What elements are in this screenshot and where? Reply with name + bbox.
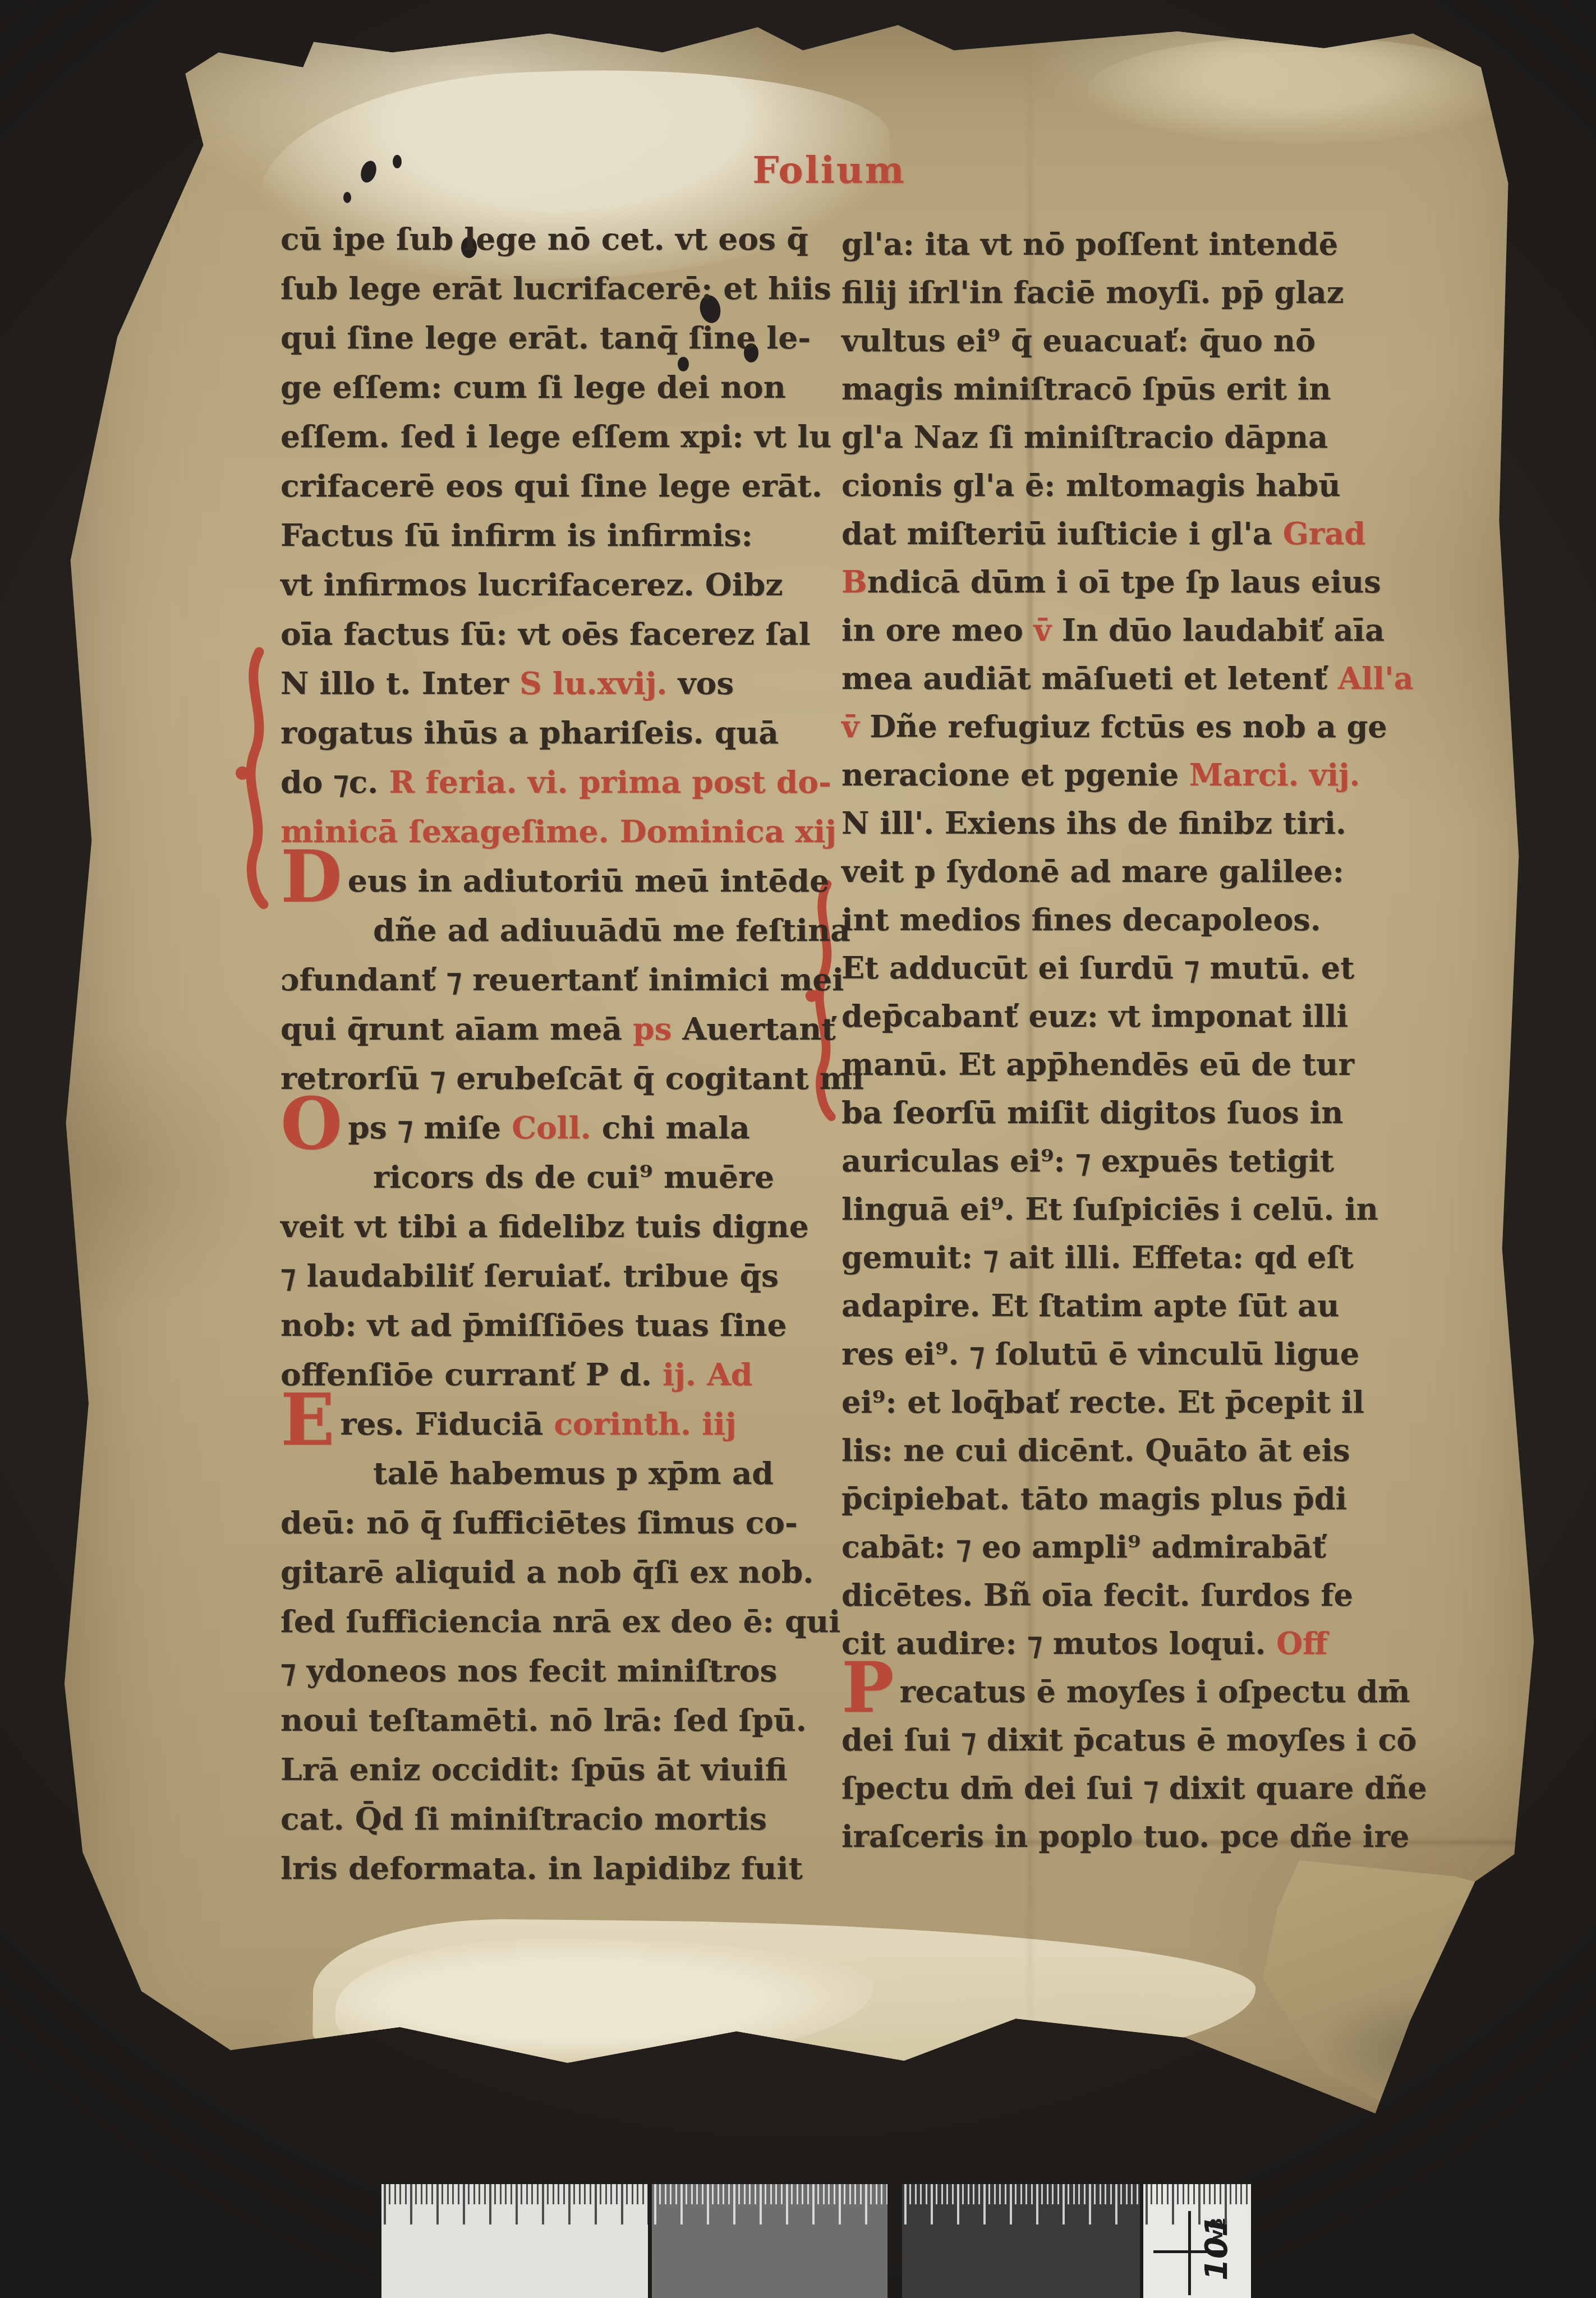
text-line: nob: vt ad p̄miſſiōes tuas ſine — [280, 1300, 841, 1350]
rubric-initial-I-ornament-left — [234, 645, 277, 914]
text-line: ei⁹: et loq̄bať recte. Et p̄cepit il — [841, 1378, 1436, 1426]
text-line: v̄ Dñe refugiuz fctūs es nob a ge — [841, 702, 1436, 751]
text-run: vultus ei⁹ q̄ euacuať: q̄uo nō — [841, 323, 1316, 359]
text-line: ɔfundanť ⁊ reuertanť inimici mei — [280, 955, 841, 1004]
text-run: iraſceris in poplo tuo. pce dñe ire — [841, 1818, 1409, 1854]
text-line: deū: nō q̄ ſufficiētes ſimus co- — [280, 1498, 841, 1547]
text-line: magis miniſtracō ſpūs erit in — [841, 365, 1436, 413]
page-title: Folium — [739, 148, 919, 192]
text-run: gemuit: ⁊ ait illi. Effeta: qd eſt — [841, 1239, 1354, 1275]
text-line: iraſceris in poplo tuo. pce dñe ire — [841, 1812, 1436, 1860]
text-run: Et adducūt ei ſurdū ⁊ mutū. et — [841, 950, 1354, 986]
text-line: crifacerē eos qui ſine lege erāt. — [280, 461, 841, 511]
ruler-version-label: v3 — [1207, 2218, 1227, 2240]
text-run: lis: ne cui dicēnt. Quāto āt eis — [841, 1432, 1350, 1468]
text-line: veit p ſydonē ad mare galilee: — [841, 847, 1436, 895]
text-line: ſed ſufficiencia nrā ex deo ē: qui — [280, 1597, 841, 1646]
text-run: nob: vt ad p̄miſſiōes tuas ſine — [280, 1307, 787, 1343]
text-run: mea audiāt māſueti et letenť — [841, 660, 1338, 696]
text-line: Bndicā dūm i oī tpe ſp laus eius — [841, 558, 1436, 606]
text-line: Ops ⁊ miſe Coll. chi mala — [280, 1103, 841, 1152]
text-run: N illo t. Inter — [280, 665, 519, 701]
text-run: veit vt tibi a fidelibz tuis digne — [280, 1208, 809, 1244]
rubric-run: minicā ſexageſime. Dominica xij — [280, 813, 836, 849]
torn-pale-area-top-right — [1087, 37, 1514, 144]
rubric-run: v̄ — [1034, 612, 1062, 648]
text-line: ⁊ ydoneos nos fecit miniſtros — [280, 1646, 841, 1695]
text-run: p̄cipiebat. tāto magis plus p̄di — [841, 1481, 1347, 1516]
text-run: deū: nō q̄ ſufficiētes ſimus co- — [280, 1504, 798, 1541]
text-run: filij iſrl'in faciē moyſi. pp̄ glaz — [841, 274, 1344, 310]
text-line: noui teſtamēti. nō lrā: ſed ſpū. — [280, 1695, 841, 1745]
text-run: ſub lege erāt lucrifacerē: et hiis — [280, 270, 831, 306]
text-line: cat. Q̄d ſi miniſtracio mortis — [280, 1794, 841, 1844]
text-line: Precatus ē moyſes i oſpectu dm̄ — [841, 1667, 1436, 1716]
text-line: Factus ſū infirm is infirmis: — [280, 511, 841, 560]
text-run: dei ſui ⁊ dixit p̄catus ē moyſes i cō — [841, 1722, 1416, 1758]
text-run: retrorſū ⁊ erubeſcāt q̄ cogitant mi — [280, 1060, 864, 1096]
text-run: recatus ē moyſes i oſpectu dm̄ — [899, 1674, 1410, 1709]
text-run: Auertanť — [683, 1010, 836, 1047]
text-run: magis miniſtracō ſpūs erit in — [841, 371, 1331, 407]
text-run: offenſiōe curranť P d. — [280, 1356, 663, 1392]
text-run: cionis gl'a ē: mltomagis habū — [841, 467, 1341, 503]
rubric-run: Marci. vij. — [1189, 757, 1360, 793]
text-line: oīa factus ſū: vt oēs facerez ſal — [280, 609, 841, 659]
text-run: do ⁊c. — [280, 764, 389, 800]
text-line: manū. Et app̄hendēs eū de tur — [841, 1040, 1436, 1088]
text-line: dat miſteriū iuſticie i gl'a Grad — [841, 509, 1436, 558]
text-run: dep̄cabanť euz: vt imponat illi — [841, 998, 1348, 1034]
text-run: eſſem. ſed i lege eſſem xpi: vt lu — [280, 418, 831, 454]
parchment-flap-bottom-right — [1255, 1860, 1596, 2130]
text-line: qui ſine lege erāt. tanq̄ ſine le- — [280, 313, 841, 362]
text-line: neracione et pgenie Marci. vij. — [841, 751, 1436, 799]
text-run: Factus ſū infirm is infirmis: — [280, 517, 753, 553]
text-run: chi mala — [602, 1109, 750, 1146]
rubric-run: D — [280, 835, 342, 918]
text-run: gitarē aliquid a nob q̄ſi ex nob. — [280, 1554, 813, 1590]
text-run: int medios fines decapoleos. — [841, 902, 1321, 937]
text-run: manū. Et app̄hendēs eū de tur — [841, 1046, 1354, 1082]
text-run: dat miſteriū iuſticie i gl'a — [841, 516, 1283, 551]
text-run: cū ipe ſub lege nō cet. vt eos q̄ — [280, 220, 808, 257]
text-run: ɔfundanť ⁊ reuertanť inimici mei — [280, 961, 844, 998]
text-line: linguā ei⁹. Et ſuſpiciēs i celū. in — [841, 1185, 1436, 1233]
text-run: dñe ad adiuuādū me feſtina — [373, 912, 850, 948]
text-run: dicētes. Bñ oīa fecit. ſurdos fe — [841, 1577, 1353, 1613]
ruler-number-label: 101 — [1198, 2241, 1235, 2281]
ruler-patch-gray — [652, 2184, 887, 2298]
text-line: dñe ad adiuuādū me feſtina — [280, 906, 841, 955]
text-line: p̄cipiebat. tāto magis plus p̄di — [841, 1474, 1436, 1523]
text-line: rogatus ihūs a phariſeis. quā — [280, 708, 841, 757]
text-line: ge eſſem: cum ſi lege dei non — [280, 362, 841, 412]
hole — [393, 155, 402, 168]
text-line: gl'a: ita vt nō poſſent intendē — [841, 220, 1436, 268]
text-run: Dñe refugiuz fctūs es nob a ge — [870, 709, 1387, 744]
text-line: auriculas ei⁹: ⁊ expuēs tetigit — [841, 1137, 1436, 1185]
text-run: crifacerē eos qui ſine lege erāt. — [280, 467, 822, 504]
text-run: cabāt: ⁊ eo ampli⁹ admirabāť — [841, 1529, 1326, 1565]
text-line: veit vt tibi a fidelibz tuis digne — [280, 1202, 841, 1251]
text-run: qui ſine lege erāt. tanq̄ ſine le- — [280, 319, 811, 356]
text-line: gitarē aliquid a nob q̄ſi ex nob. — [280, 1547, 841, 1597]
text-column-left: cū ipe ſub lege nō cet. vt eos q̄ſub leg… — [280, 214, 841, 1893]
rubric-run: Off — [1276, 1625, 1327, 1661]
text-run: eus in adiutoriū meū intēde — [348, 862, 829, 899]
text-line: mea audiāt māſueti et letenť All'a — [841, 654, 1436, 702]
hole — [358, 159, 379, 185]
text-run: oīa factus ſū: vt oēs facerez ſal — [280, 615, 810, 652]
text-run: rogatus ihūs a phariſeis. quā — [280, 714, 779, 751]
text-line: lis: ne cui dicēnt. Quāto āt eis — [841, 1426, 1436, 1474]
rubric-run: B — [841, 564, 867, 600]
text-run: linguā ei⁹. Et ſuſpiciēs i celū. in — [841, 1191, 1378, 1227]
text-line: res ei⁹. ⁊ ſolutū ē vinculū ligue — [841, 1330, 1436, 1378]
text-run: ſed ſufficiencia nrā ex deo ē: qui — [280, 1603, 840, 1639]
text-run: qui q̄runt aīam meā — [280, 1010, 633, 1047]
photo-stage: Folium cū ipe ſub lege nō cet. vt eos q̄… — [0, 0, 1596, 2298]
ruler-patch-white-label: 101 v3 — [1143, 2184, 1251, 2298]
text-line: filij iſrl'in faciē moyſi. pp̄ glaz — [841, 268, 1436, 316]
text-run: ge eſſem: cum ſi lege dei non — [280, 369, 786, 405]
text-run: res. Fiduciā — [340, 1405, 554, 1442]
text-run: ps ⁊ miſe — [348, 1109, 512, 1146]
text-run: cat. Q̄d ſi miniſtracio mortis — [280, 1800, 767, 1837]
text-line: Et adducūt ei ſurdū ⁊ mutū. et — [841, 944, 1436, 992]
text-line: ⁊ laudabiliť ſeruiať. tribue q̄s — [280, 1251, 841, 1300]
text-line: dep̄cabanť euz: vt imponat illi — [841, 992, 1436, 1040]
text-run: noui teſtamēti. nō lrā: ſed ſpū. — [280, 1702, 807, 1738]
rubric-run: ij. Ad — [663, 1356, 752, 1392]
text-run: in ore meo — [841, 612, 1034, 648]
text-run: ⁊ ydoneos nos fecit miniſtros — [280, 1652, 777, 1689]
text-run: adapire. Et ſtatim apte ſūt au — [841, 1288, 1339, 1323]
text-line: talē habemus p xp̄m ad — [280, 1449, 841, 1498]
text-line: offenſiōe curranť P d. ij. Ad — [280, 1350, 841, 1399]
text-line: gemuit: ⁊ ait illi. Effeta: qd eſt — [841, 1233, 1436, 1281]
text-run: gl'a: ita vt nō poſſent intendē — [841, 226, 1338, 262]
text-run: vos — [667, 665, 734, 701]
text-line: in ore meo v̄ In dūo laudabiť aīa — [841, 606, 1436, 654]
rubric-run: R feria. vi. prima post do- — [389, 764, 831, 800]
text-line: ricors ds de cui⁹ muēre — [280, 1152, 841, 1202]
text-line: cit audire: ⁊ mutos loqui. Off — [841, 1619, 1436, 1667]
text-line: cabāt: ⁊ eo ampli⁹ admirabāť — [841, 1523, 1436, 1571]
text-run: auriculas ei⁹: ⁊ expuēs tetigit — [841, 1143, 1334, 1179]
text-run: ei⁹: et loq̄bať recte. Et p̄cepit il — [841, 1384, 1364, 1420]
text-line: qui q̄runt aīam meā ps Auertanť — [280, 1004, 841, 1054]
parchment-leaf: Folium cū ipe ſub lege nō cet. vt eos q̄… — [49, 15, 1560, 2122]
text-line: N ill'. Exiens ihs de finibz tiri. — [841, 799, 1436, 847]
text-line: int medios fines decapoleos. — [841, 895, 1436, 944]
hole — [343, 192, 351, 203]
rubric-run: v̄ — [841, 709, 870, 744]
text-line: gl'a Naz ſi miniſtracio dāpna — [841, 413, 1436, 461]
text-run: talē habemus p xp̄m ad — [373, 1455, 774, 1491]
text-run: neracione et pgenie — [841, 757, 1189, 793]
text-run: cit audire: ⁊ mutos loqui. — [841, 1625, 1276, 1661]
text-run: vt infirmos lucrifacerez. Oibz — [280, 566, 783, 603]
text-line: ſpectu dm̄ dei ſui ⁊ dixit quare dñe — [841, 1764, 1436, 1812]
text-run: ricors ds de cui⁹ muēre — [373, 1159, 774, 1195]
rubric-run: corinth. iij — [554, 1405, 736, 1442]
text-line: do ⁊c. R feria. vi. prima post do- — [280, 757, 841, 807]
text-run: res ei⁹. ⁊ ſolutū ē vinculū ligue — [841, 1336, 1359, 1372]
text-run: In dūo laudabiť aīa — [1062, 612, 1385, 648]
text-line: dicētes. Bñ oīa fecit. ſurdos fe — [841, 1571, 1436, 1619]
torn-pale-area-bottom — [312, 1917, 1257, 2084]
text-run: veit p ſydonē ad mare galilee: — [841, 853, 1344, 889]
text-line: vultus ei⁹ q̄ euacuať: q̄uo nō — [841, 316, 1436, 365]
text-line: ba ſeorſū miſit digitos ſuos in — [841, 1088, 1436, 1137]
text-line: Lrā eniz occidit: ſpūs āt viuifi — [280, 1745, 841, 1794]
rubric-run: Coll. — [512, 1109, 602, 1146]
text-line: lris deformata. in lapidibz fuit — [280, 1844, 841, 1893]
rubric-run: ps — [633, 1010, 683, 1047]
text-line: retrorſū ⁊ erubeſcāt q̄ cogitant mi — [280, 1054, 841, 1103]
text-run: gl'a Naz ſi miniſtracio dāpna — [841, 419, 1328, 455]
rubric-run: Grad — [1283, 516, 1365, 551]
text-run: lris deformata. in lapidibz fuit — [280, 1850, 803, 1886]
text-run: ba ſeorſū miſit digitos ſuos in — [841, 1095, 1343, 1130]
rubric-run: E — [280, 1378, 334, 1461]
rubric-run: S lu.xvij. — [519, 665, 668, 701]
text-run: N ill'. Exiens ihs de finibz tiri. — [841, 805, 1346, 841]
rubric-run: P — [841, 1647, 894, 1729]
text-line: minicā ſexageſime. Dominica xij — [280, 807, 841, 856]
ruler-patch-white — [381, 2184, 648, 2298]
text-column-right: gl'a: ita vt nō poſſent intendēfilij iſr… — [841, 220, 1436, 1860]
text-line: adapire. Et ſtatim apte ſūt au — [841, 1281, 1436, 1330]
ruler-patch-dark-gray — [902, 2184, 1140, 2298]
calibration-ruler: 101 v3 — [381, 2184, 1251, 2298]
text-line: cū ipe ſub lege nō cet. vt eos q̄ — [280, 214, 841, 264]
text-line: ſub lege erāt lucrifacerē: et hiis — [280, 264, 841, 313]
text-run: ſpectu dm̄ dei ſui ⁊ dixit quare dñe — [841, 1770, 1427, 1806]
text-line: Eres. Fiduciā corinth. iij — [280, 1399, 841, 1449]
text-line: vt infirmos lucrifacerez. Oibz — [280, 560, 841, 609]
text-line: N illo t. Inter S lu.xvij. vos — [280, 659, 841, 708]
text-line: cionis gl'a ē: mltomagis habū — [841, 461, 1436, 509]
torn-backing-bottom — [335, 1939, 874, 2062]
text-run: ndicā dūm i oī tpe ſp laus eius — [867, 564, 1381, 600]
text-line: Deus in adiutoriū meū intēde — [280, 856, 841, 906]
text-line: dei ſui ⁊ dixit p̄catus ē moyſes i cō — [841, 1716, 1436, 1764]
rubric-run: All'a — [1338, 660, 1413, 696]
text-line: eſſem. ſed i lege eſſem xpi: vt lu — [280, 412, 841, 461]
rubric-run: O — [280, 1082, 342, 1165]
text-run: Lrā eniz occidit: ſpūs āt viuifi — [280, 1751, 788, 1787]
text-run: ⁊ laudabiliť ſeruiať. tribue q̄s — [280, 1257, 779, 1294]
